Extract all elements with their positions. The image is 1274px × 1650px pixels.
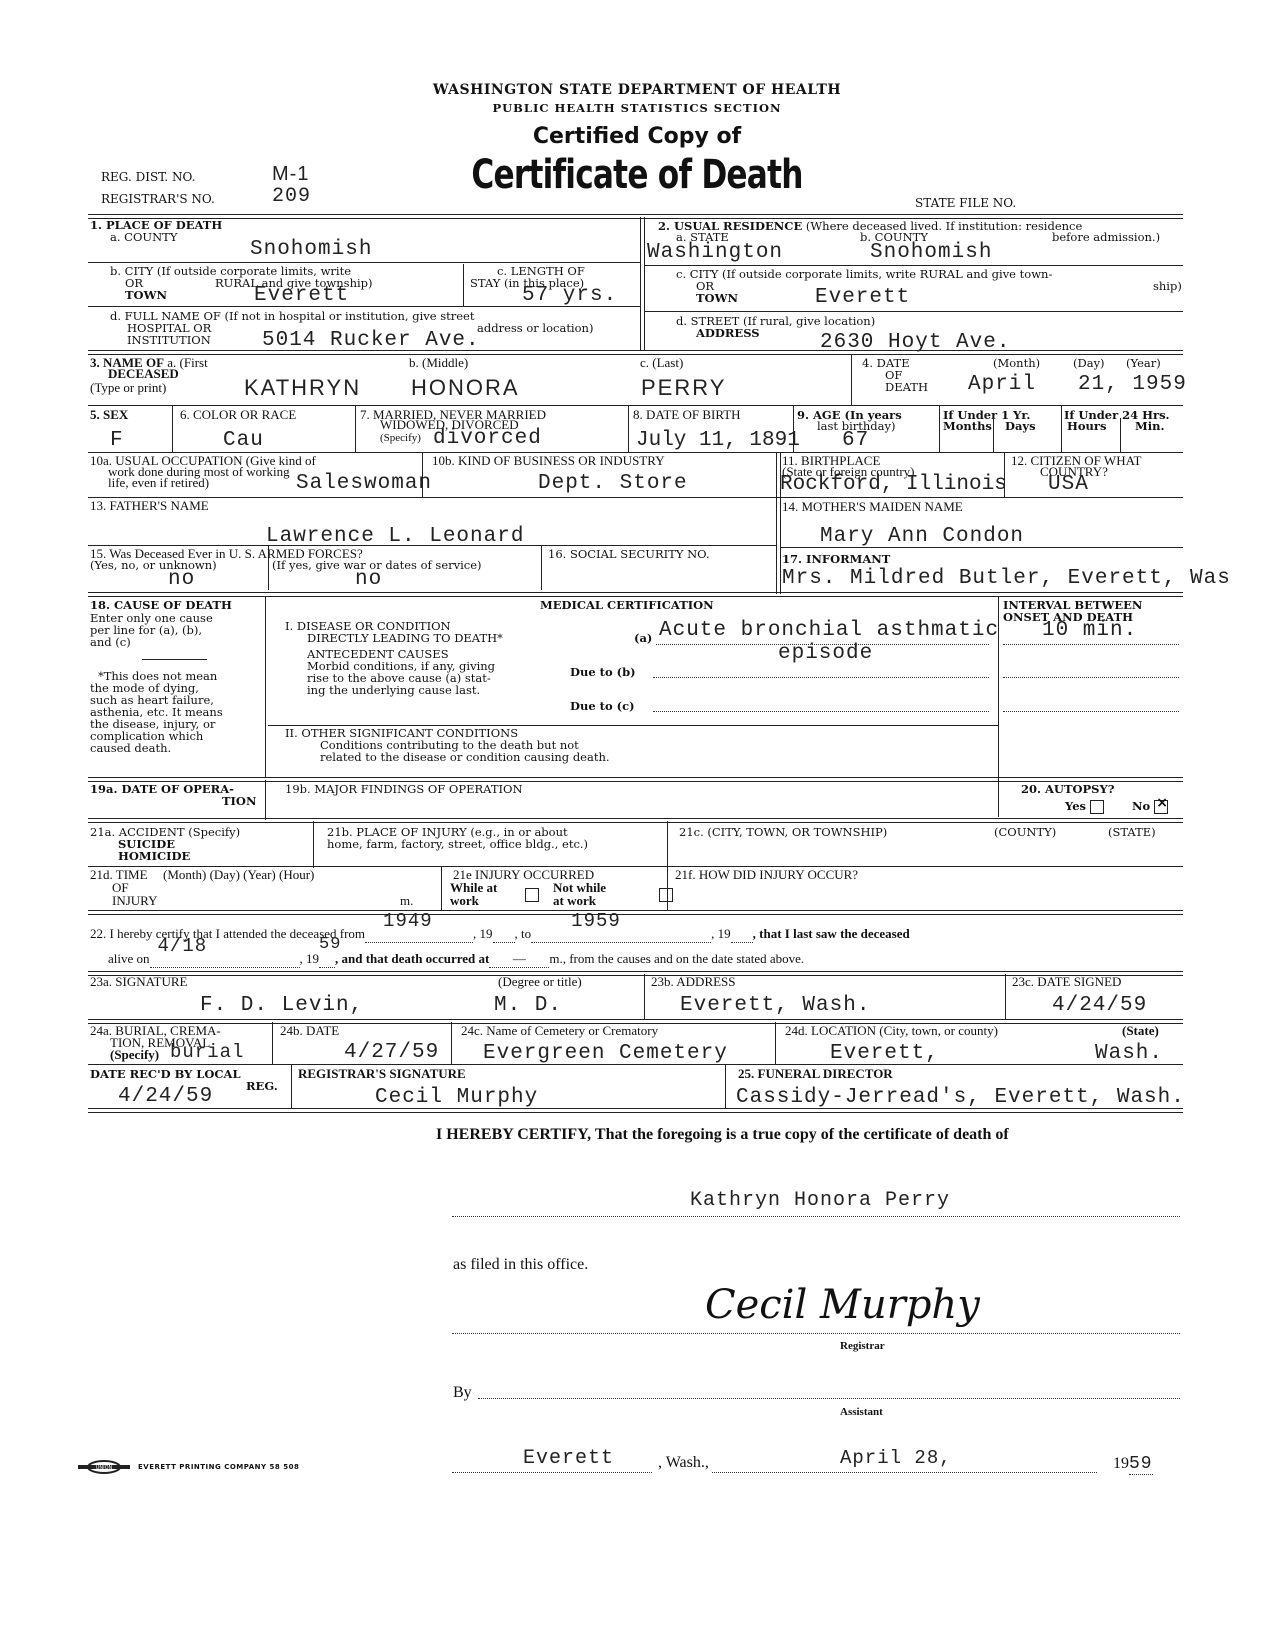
hospital-label-2b: address or location) [477, 322, 593, 334]
by-label: By [453, 1384, 472, 1402]
death-day-year-value: 21, 1959 [1078, 373, 1187, 396]
divider [88, 405, 1183, 406]
armed-forces-label-2: (Yes, no, or unknown) [90, 559, 217, 571]
injury-city-label: 21c. (CITY, TOWN, OR TOWNSHIP) [679, 826, 887, 838]
date-signed-value: 4/24/59 [1052, 994, 1147, 1017]
hospital-label-3: INSTITUTION [127, 334, 211, 346]
divider [291, 1064, 292, 1108]
operation-findings-label: 19b. MAJOR FINDINGS OF OPERATION [285, 783, 523, 795]
res-county-value: Snohomish [870, 241, 992, 264]
death-time-value: — [489, 951, 549, 968]
attended-to-field: 1959 [531, 926, 711, 943]
burial-date-value: 4/27/59 [344, 1041, 439, 1064]
hours-label: Hours [1067, 420, 1106, 432]
wash-label: , Wash., [658, 1454, 709, 1472]
medical-certification-title: MEDICAL CERTIFICATION [540, 599, 714, 611]
funeral-director-value: Cassidy-Jerread's, Everett, Wash. [736, 1086, 1185, 1109]
date-line [712, 1472, 1097, 1473]
type-or-print-label: (Type or print) [90, 382, 166, 394]
service-value: no [355, 568, 382, 591]
cause-c-line [653, 711, 989, 712]
certify-text-b: , 19 [473, 926, 493, 941]
certify-text-g: , 19 [300, 951, 320, 966]
physician-address-label: 23b. ADDRESS [651, 976, 736, 988]
min-label: Min. [1135, 420, 1164, 432]
days-label: Days [1005, 420, 1036, 432]
death-city-value: Everett [254, 284, 349, 307]
county-label: a. COUNTY [110, 231, 177, 243]
operation-date-label: 19a. DATE OF OPERA- [90, 783, 234, 795]
cause-b-line [653, 677, 989, 678]
homicide-label: HOMICIDE [118, 850, 190, 862]
age-value: 67 [842, 429, 869, 452]
time-of-injury-m: m. [400, 895, 413, 907]
burial-type-value: burial [170, 1041, 244, 1063]
injury-state-label: (STATE) [1108, 826, 1156, 838]
registrar-handwritten-signature: Cecil Murphy [705, 1282, 980, 1328]
middle-name-value: HONORA [411, 375, 520, 401]
city-line [452, 1472, 652, 1473]
attestation-statement-text: I HEREBY CERTIFY, That the foregoing is … [436, 1126, 1009, 1143]
occupation-label-3: life, even if retired) [108, 477, 209, 489]
burial-state-value: Wash. [1095, 1042, 1163, 1065]
divider [88, 497, 1183, 498]
divider [640, 217, 645, 350]
length-of-stay-value: 57 yrs. [522, 284, 617, 307]
registrar-signature-value: Cecil Murphy [375, 1086, 538, 1109]
divider [463, 264, 464, 306]
physician-address-value: Everett, Wash. [680, 994, 870, 1017]
date-received-label: DATE REC'D BY LOCAL [90, 1068, 241, 1080]
father-value: Lawrence L. Leonard [266, 525, 524, 548]
registrar-signature-label: REGISTRAR'S SIGNATURE [298, 1068, 466, 1080]
certify-text-f: alive on [108, 951, 150, 966]
department-heading: WASHINGTON STATE DEPARTMENT OF HEALTH [0, 82, 1274, 98]
informant-value: Mrs. Mildred Butler, Everett, Was [782, 567, 1231, 590]
usual-residence-note-2: before admission.) [1052, 231, 1160, 243]
res-city-label-town: TOWN [696, 292, 738, 304]
dob-label: 8. DATE OF BIRTH [633, 409, 741, 421]
burial-type-label-3: (Specify) [110, 1049, 159, 1061]
attended-from-value: 1949 [383, 910, 433, 932]
attended-from-field: 1949 [365, 926, 473, 943]
divider [1005, 974, 1006, 1019]
divider [272, 1022, 273, 1064]
first-name-value: KATHRYN [244, 375, 361, 401]
certify-text-h: , and that death occurred at [335, 951, 489, 966]
date-received-value: 4/24/59 [118, 1085, 213, 1108]
divider [993, 418, 994, 452]
attestation-name-line [452, 1216, 1180, 1217]
antecedent-label-4: ing the underlying cause last. [307, 684, 480, 696]
attending-certification-line-2: alive on4/18 , 1959 , and that death occ… [108, 951, 804, 968]
degree-label: (Degree or title) [498, 976, 582, 988]
physician-signature-value: F. D. Levin, [200, 994, 363, 1017]
father-label: 13. FATHER'S NAME [90, 500, 209, 512]
reg-dist-value: M-1 [272, 163, 309, 186]
while-at-work-checkbox[interactable] [525, 888, 539, 902]
res-street-value: 2630 Hoyt Ave. [820, 331, 1010, 354]
mother-value: Mary Ann Condon [820, 525, 1024, 548]
not-while-at-work-checkbox[interactable] [659, 888, 673, 902]
attending-certification-line-1: 22. I hereby certify that I attended the… [90, 926, 910, 943]
reg-dist-label: REG. DIST. NO. [101, 171, 195, 183]
divider [355, 405, 356, 452]
assistant-caption: Assistant [840, 1406, 883, 1418]
divider [88, 262, 640, 263]
autopsy-no[interactable]: No [1132, 800, 1168, 814]
injury-county-label: (COUNTY) [994, 826, 1056, 838]
attestation-year: 1959 [1113, 1454, 1153, 1474]
date-signed-label: 23c. DATE SIGNED [1012, 976, 1121, 988]
registrar-signature-line [452, 1333, 1180, 1334]
svg-text:UNION: UNION [96, 1465, 113, 1471]
cause-a-label: (a) [634, 632, 652, 644]
assistant-signature-line [478, 1398, 1180, 1399]
wash-label-text: Wash., [666, 1454, 709, 1471]
res-state-value: Washington [647, 241, 783, 264]
last-seen-year-value: 59 [319, 935, 341, 954]
citizen-value: USA [1048, 473, 1089, 496]
divider [265, 780, 266, 820]
attested-name-value: Kathryn Honora Perry [690, 1189, 950, 1212]
divider [645, 311, 1183, 312]
day-label: (Day) [1073, 357, 1105, 369]
autopsy-no-label: No [1132, 799, 1150, 813]
last-name-label: c. (Last) [640, 357, 683, 369]
cause-a-value: Acute bronchial asthmatic [659, 619, 999, 642]
divider [644, 974, 645, 1019]
burial-location-value: Everett, [830, 1042, 939, 1065]
certify-text-i: m., from the causes and on the date stat… [549, 951, 804, 966]
while-at-work-label-2: work [450, 895, 479, 907]
divider [172, 405, 173, 452]
registrar-no-label: REGISTRAR'S NO. [101, 193, 215, 205]
document-subtitle: Certified Copy of [0, 124, 1274, 149]
divider [441, 866, 442, 910]
last-seen-value: 4/18 [158, 935, 208, 957]
burial-state-label: (State) [1122, 1025, 1159, 1037]
divider [939, 405, 940, 452]
as-filed-text: as filed in this office. [453, 1256, 588, 1274]
operation-date-label-2: TION [222, 795, 256, 807]
deceased-label: DECEASED [108, 368, 179, 380]
place-of-injury-label-2: home, farm, factory, street, office bldg… [327, 838, 588, 850]
cause-note-7: caused death. [90, 742, 171, 754]
interval-line-b [1003, 677, 1179, 678]
autopsy-label: 20. AUTOPSY? [1021, 783, 1114, 795]
ssn-label: 16. SOCIAL SECURITY NO. [548, 548, 710, 560]
divider [541, 545, 542, 590]
autopsy-no-checkbox[interactable] [1154, 800, 1168, 814]
divider [451, 1022, 452, 1064]
divider [313, 821, 314, 868]
race-label: 6. COLOR OR RACE [180, 409, 296, 421]
dob-value: July 11, 1891 [636, 429, 800, 452]
funeral-director-label: 25. FUNERAL DIRECTOR [738, 1068, 893, 1080]
last-name-value: PERRY [641, 375, 726, 401]
year-label: (Year) [1126, 357, 1161, 369]
sex-label: 5. SEX [90, 409, 128, 421]
date-of-death-label-3: DEATH [885, 381, 928, 393]
res-city-value: Everett [815, 286, 910, 309]
occupation-value: Saleswoman [296, 472, 432, 495]
birthplace-value: Rockford, Illinois [780, 473, 1007, 496]
divider [1061, 405, 1062, 452]
printer-imprint: EVERETT PRINTING COMPANY 58 508 [138, 1463, 299, 1471]
registrar-no-value: 209 [272, 185, 311, 208]
time-of-injury-fields: (Month) (Day) (Year) (Hour) [163, 869, 314, 881]
cause-instruction-3: and (c) [90, 636, 131, 648]
marital-value: divorced [433, 427, 542, 450]
time-of-injury-label-3: INJURY [112, 895, 158, 907]
interval-value: 10 min. [1042, 619, 1137, 642]
state-file-label: STATE FILE NO. [915, 197, 1016, 209]
sex-value: F [110, 429, 124, 452]
attestation-date-value: April 28, [840, 1447, 952, 1469]
attended-to-value: 1959 [571, 910, 621, 932]
attestation-year-value: 59 [1129, 1454, 1153, 1475]
mother-label: 14. MOTHER'S MAIDEN NAME [782, 501, 963, 513]
interval-line-c [1003, 711, 1179, 712]
middle-name-label: b. (Middle) [409, 357, 468, 369]
divider [851, 355, 852, 405]
divider [725, 1064, 726, 1108]
armed-forces-value: no [168, 568, 195, 591]
divider [645, 265, 1183, 266]
divider [88, 777, 1183, 782]
divider [88, 910, 1183, 915]
last-seen-field: 4/18 [150, 951, 300, 968]
certify-text-c: , to [515, 926, 532, 941]
cause-a-value-2: episode [778, 642, 873, 665]
business-value: Dept. Store [538, 472, 688, 495]
burial-location-label: 24d. LOCATION (City, town, or county) [785, 1025, 998, 1037]
autopsy-yes[interactable]: Yes [1065, 800, 1104, 814]
death-month-value: April [968, 373, 1036, 396]
degree-value: M. D. [494, 994, 562, 1017]
burial-date-label: 24b. DATE [280, 1025, 339, 1037]
printer-logo-icon: UNION [74, 1459, 134, 1479]
marital-label-3: (Specify) [380, 432, 421, 444]
section-heading: PUBLIC HEALTH STATISTICS SECTION [0, 101, 1274, 115]
divider [88, 592, 1183, 597]
cemetery-value: Evergreen Cemetery [483, 1042, 728, 1065]
autopsy-yes-label: Yes [1065, 799, 1086, 813]
cause-of-death-label: 18. CAUSE OF DEATH [90, 599, 232, 611]
certify-text-d: , 19 [711, 926, 731, 941]
death-county-value: Snohomish [250, 238, 372, 261]
divider [775, 1022, 776, 1064]
signature-label: 23a. SIGNATURE [90, 974, 188, 989]
res-street-label-2: ADDRESS [696, 327, 760, 339]
cause-b-label: Due to (b) [570, 666, 636, 678]
divider [265, 597, 266, 777]
informant-label: 17. INFORMANT [782, 553, 890, 565]
autopsy-yes-checkbox[interactable] [1090, 800, 1104, 814]
divider [88, 350, 1183, 355]
attestation-statement: I HEREBY CERTIFY, That the foregoing is … [436, 1126, 1009, 1144]
cause-c-label: Due to (c) [570, 700, 635, 712]
business-label: 10b. KIND OF BUSINESS OR INDUSTRY [432, 455, 665, 467]
month-label: (Month) [993, 357, 1040, 369]
usual-residence-note: (Where deceased lived. If institution: r… [806, 219, 1082, 233]
race-value: Cau [223, 429, 264, 452]
divider [628, 405, 629, 452]
not-while-at-work-label-2: at work [553, 895, 596, 907]
other-conditions-label-3: related to the disease or condition caus… [320, 751, 610, 763]
date-received-label-2: REG. [246, 1080, 278, 1092]
res-city-label: c. CITY (If outside corporate limits, wr… [676, 268, 1052, 280]
registrar-caption: Registrar [840, 1340, 885, 1352]
hospital-value: 5014 Rucker Ave. [262, 329, 480, 352]
how-injury-label: 21f. HOW DID INJURY OCCUR? [675, 869, 858, 881]
certify-text-e: , that I last saw the deceased [753, 926, 910, 941]
city-label-town: TOWN [125, 289, 167, 301]
divider [88, 818, 1183, 823]
disease-label-2: DIRECTLY LEADING TO DEATH* [307, 632, 503, 644]
res-city-label-ship: ship) [1153, 280, 1182, 292]
divider [1120, 418, 1121, 452]
year-prefix: 19 [1113, 1455, 1129, 1472]
attestation-city-value: Everett [523, 1447, 614, 1470]
cemetery-label: 24c. Name of Cemetery or Crematory [461, 1025, 658, 1037]
months-label: Months [943, 420, 992, 432]
divider [142, 659, 207, 660]
interval-line-a [1003, 644, 1179, 645]
